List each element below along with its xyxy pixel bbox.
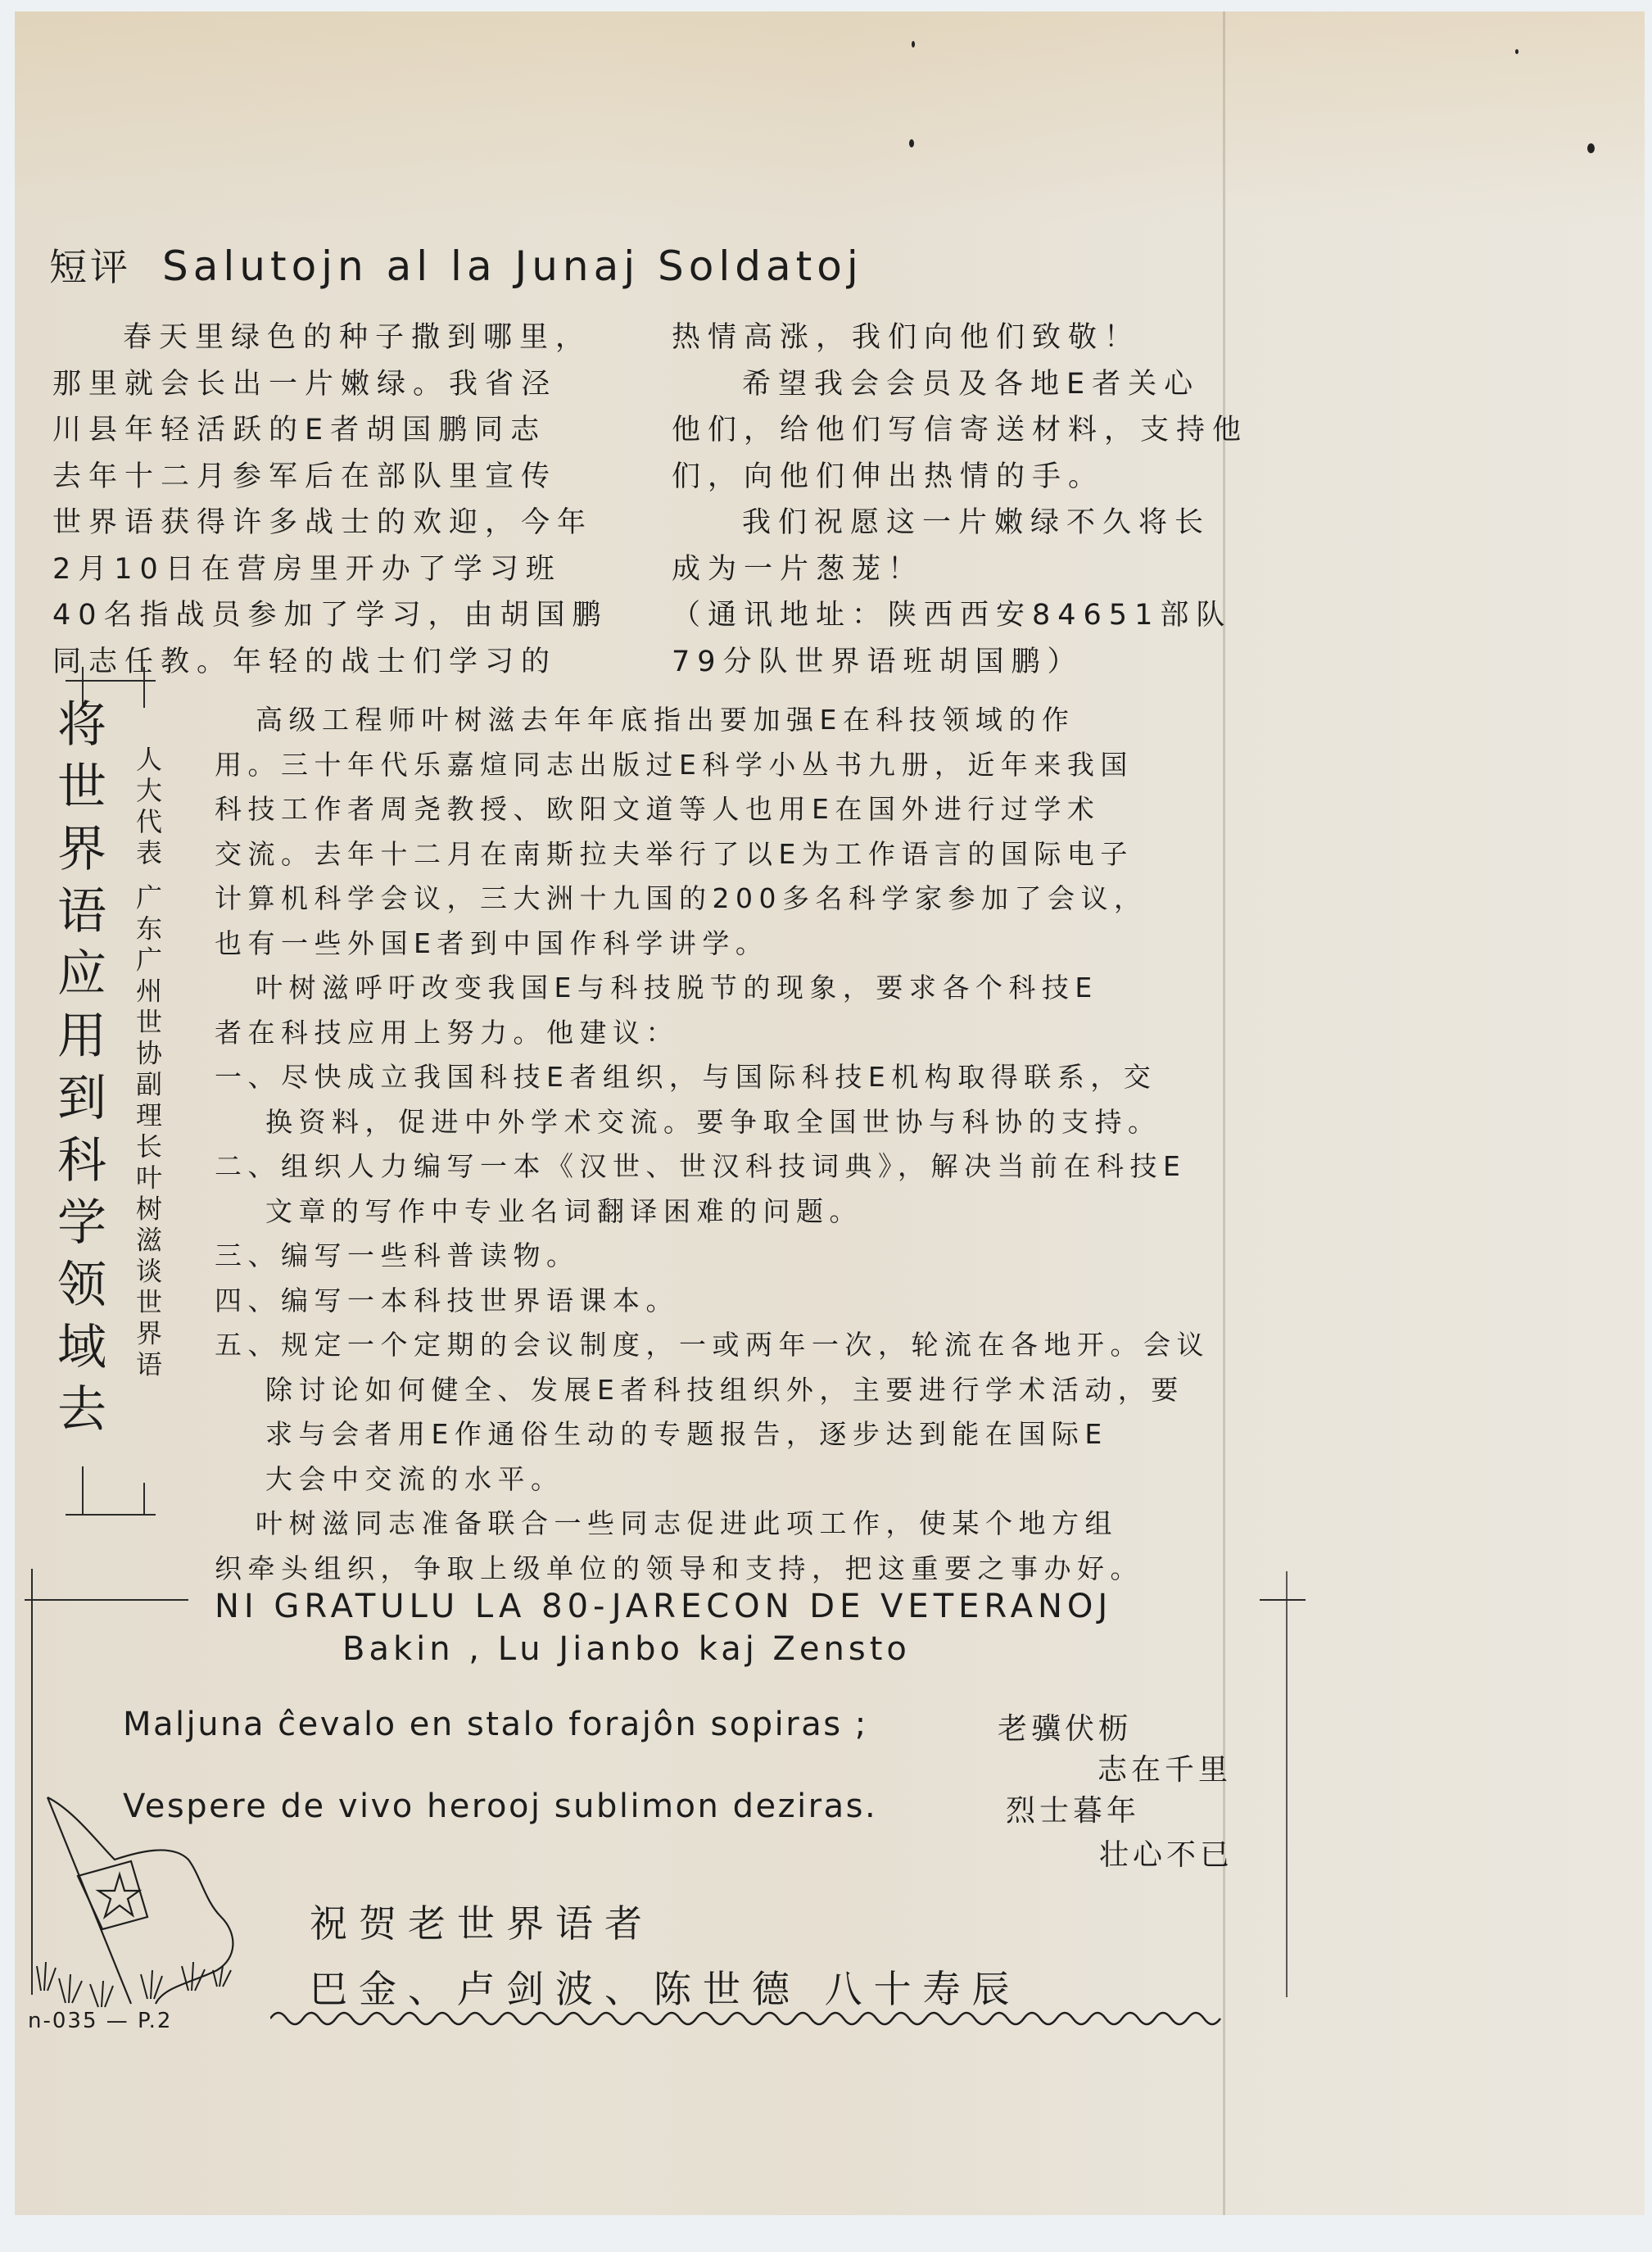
text-line: 叶树滋呼吁改变我国E与科技脱节的现象，要求各个科技E: [215, 966, 1320, 1011]
bracket-line-top: [66, 680, 156, 682]
text-line: 春天里绿色的种子撒到哪里，: [52, 315, 642, 361]
esperanto-flag-icon: [33, 1794, 328, 2015]
commentary-left-column: 春天里绿色的种子撒到哪里，那里就会长出一片嫩绿。我省泾川县年轻活跃的E者胡国鹏同…: [52, 315, 642, 685]
poem-line-zh-1: 老骥伏枥: [998, 1706, 1132, 1747]
greeting-headline: NI GRATULU LA 80-JARECON DE VETERANOJ: [215, 1588, 1112, 1625]
text-line: 高级工程师叶树滋去年年底指出要加强E在科技领域的作: [215, 698, 1320, 743]
text-line: 去年十二月参军后在部队里宣传: [52, 454, 642, 501]
text-line: 交流。去年十二月在南斯拉夫举行了以E为工作语言的国际电子: [215, 832, 1320, 877]
text-line: 用。三十年代乐嘉煊同志出版过E科学小丛书九册，近年来我国: [215, 743, 1320, 788]
text-line: （通讯地址：陕西西安84651部队: [672, 592, 1319, 639]
wavy-line-icon: [270, 2002, 1237, 2035]
poem-line-eo-1: Maljuna ĉevalo en stalo forajôn sopiras …: [123, 1706, 868, 1743]
main-article: 高级工程师叶树滋去年年底指出要加强E在科技领域的作用。三十年代乐嘉煊同志出版过E…: [215, 698, 1320, 1591]
frame-line-right: [1286, 1571, 1288, 1997]
ink-speck: [1515, 49, 1518, 54]
poem-line-zh-4: 壮心不已: [1099, 1832, 1233, 1874]
vertical-headline: 将世界语应用到科学领域去: [49, 698, 106, 1445]
text-line: 二、组织人力编写一本《汉世、世汉科技词典》，解决当前在科技E: [215, 1144, 1320, 1189]
text-line: 40名指战员参加了学习，由胡国鹏: [52, 592, 642, 639]
title-eo: Salutojn al la Junaj Soldatoj: [162, 242, 863, 290]
bracket-line: [143, 1483, 145, 1516]
text-line: 科技工作者周尧教授、欧阳文道等人也用E在国外进行过学术: [215, 787, 1320, 832]
text-line: 四、编写一本科技世界语课本。: [215, 1279, 1320, 1324]
ink-speck: [909, 139, 914, 147]
article-title: 短评Salutojn al la Junaj Soldatoj: [49, 238, 863, 292]
text-line: 计算机科学会议，三大洲十九国的200多名科学家参加了会议，: [215, 877, 1320, 922]
text-line: 川县年轻活跃的E者胡国鹏同志: [52, 407, 642, 454]
text-line: 一、尽快成立我国科技E者组织，与国际科技E机构取得联系，交: [215, 1055, 1320, 1100]
blessing-line-1: 祝贺老世界语者: [310, 1894, 654, 1948]
text-line: 热情高涨，我们向他们致敬！: [672, 315, 1319, 361]
text-line: 那里就会长出一片嫩绿。我省泾: [52, 361, 642, 408]
grass-tufts-icon: [37, 1962, 231, 2007]
frame-line-top-left: [25, 1599, 188, 1601]
text-line: 者在科技应用上努力。他建议：: [215, 1011, 1320, 1056]
bracket-line: [82, 1466, 84, 1516]
greeting-names: Bakin , Lu Jianbo kaj Zensto: [342, 1630, 911, 1668]
poem-line-zh-2: 志在千里: [1098, 1747, 1232, 1788]
commentary-right-column: 热情高涨，我们向他们致敬！希望我会会员及各地E者关心他们，给他们写信寄送材料，支…: [672, 315, 1319, 685]
text-line: 求与会者用E作通俗生动的专题报告，逐步达到能在国际E: [215, 1412, 1320, 1457]
text-line: 79分队世界语班胡国鹏）: [672, 639, 1319, 686]
text-line: 大会中交流的水平。: [215, 1457, 1320, 1502]
text-line: 三、编写一些科普读物。: [215, 1234, 1320, 1279]
text-line: 也有一些外国E者到中国作科学讲学。: [215, 922, 1320, 967]
text-line: 他们，给他们写信寄送材料，支持他: [672, 407, 1319, 454]
text-line: 除讨论如何健全、发展E者科技组织外，主要进行学术活动，要: [215, 1368, 1320, 1413]
vertical-subtitle: 人大代表 广东广州世协副理长叶树滋谈世界语: [131, 745, 164, 1381]
text-line: 世界语获得许多战士的欢迎，今年: [52, 500, 642, 546]
page-code: n-035 — P.2: [28, 2009, 172, 2033]
poem-line-zh-3: 烈士暮年: [1006, 1788, 1140, 1829]
ink-speck: [912, 41, 915, 48]
bracket-line-bottom: [66, 1514, 156, 1516]
text-line: 五、规定一个定期的会议制度，一或两年一次，轮流在各地开。会议: [215, 1323, 1320, 1368]
text-line: 同志任教。年轻的战士们学习的: [52, 639, 642, 686]
text-line: 换资料，促进中外学术交流。要争取全国世协与科协的支持。: [215, 1100, 1320, 1145]
text-line: 织牵头组织，争取上级单位的领导和支持，把这重要之事办好。: [215, 1547, 1320, 1592]
text-line: 希望我会会员及各地E者关心: [672, 361, 1319, 408]
text-line: 们，向他们伸出热情的手。: [672, 454, 1319, 501]
title-label-zh: 短评: [49, 245, 131, 289]
bracket-line: [143, 667, 145, 708]
ink-speck: [1587, 143, 1595, 153]
text-line: 叶树滋同志准备联合一些同志促进此项工作，使某个地方组: [215, 1502, 1320, 1547]
text-line: 文章的写作中专业名词翻译困难的问题。: [215, 1189, 1320, 1235]
text-line: 我们祝愿这一片嫩绿不久将长: [672, 500, 1319, 546]
frame-line-top-right: [1260, 1599, 1306, 1601]
text-line: 2月10日在营房里开办了学习班: [52, 546, 642, 593]
text-line: 成为一片葱茏！: [672, 546, 1319, 593]
